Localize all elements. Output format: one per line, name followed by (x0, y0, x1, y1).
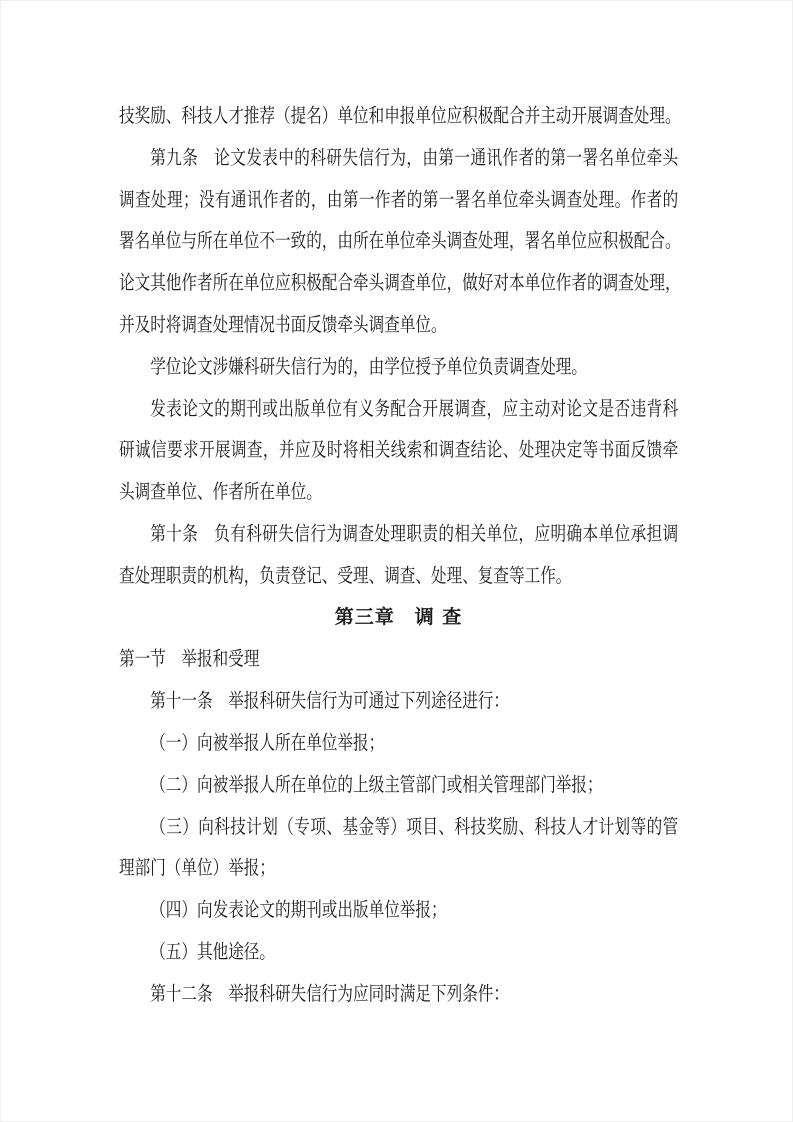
text-line: （五）其他途径。 (119, 931, 678, 973)
text-line: 查处理职责的机构，负责登记、受理、调查、处理、复查等工作。 (119, 555, 678, 597)
chapter-heading: 第三章 调 查 (119, 597, 678, 639)
text-line: （二）向被举报人所在单位的上级主管部门或相关管理部门举报； (119, 764, 678, 806)
text-line: （三）向科技计划（专项、基金等）项目、科技奖励、科技人才计划等的管 (119, 806, 678, 848)
text-line: （四）向发表论文的期刊或出版单位举报； (119, 889, 678, 931)
text-line: （一）向被举报人所在单位举报； (119, 722, 678, 764)
text-line: 技奖励、科技人才推荐（提名）单位和申报单位应积极配合并主动开展调查处理。 (119, 95, 678, 137)
text-line: 署名单位与所在单位不一致的，由所在单位牵头调查处理，署名单位应积极配合。 (119, 220, 678, 262)
text-line: 理部门（单位）举报； (119, 847, 678, 889)
text-line: 头调查单位、作者所在单位。 (119, 471, 678, 513)
text-line: 第十一条 举报科研失信行为可通过下列途径进行： (119, 680, 678, 722)
text-line: 第十条 负有科研失信行为调查处理职责的相关单位，应明确本单位承担调 (119, 513, 678, 555)
text-line: 第一节 举报和受理 (119, 638, 678, 680)
text-line: 发表论文的期刊或出版单位有义务配合开展调查，应主动对论文是否违背科 (119, 388, 678, 430)
text-line: 并及时将调查处理情况书面反馈牵头调查单位。 (119, 304, 678, 346)
text-line: 第九条 论文发表中的科研失信行为，由第一通讯作者的第一署名单位牵头 (119, 137, 678, 179)
text-line: 学位论文涉嫌科研失信行为的，由学位授予单位负责调查处理。 (119, 346, 678, 388)
document-page: 技奖励、科技人才推荐（提名）单位和申报单位应积极配合并主动开展调查处理。第九条 … (0, 0, 793, 1122)
text-line: 调查处理；没有通讯作者的，由第一作者的第一署名单位牵头调查处理。作者的 (119, 179, 678, 221)
text-line: 论文其他作者所在单位应积极配合牵头调查单位，做好对本单位作者的调查处理， (119, 262, 678, 304)
text-line: 第十二条 举报科研失信行为应同时满足下列条件： (119, 973, 678, 1015)
document-body: 技奖励、科技人才推荐（提名）单位和申报单位应积极配合并主动开展调查处理。第九条 … (119, 95, 792, 1015)
text-line: 研诚信要求开展调查，并应及时将相关线索和调查结论、处理决定等书面反馈牵 (119, 429, 678, 471)
